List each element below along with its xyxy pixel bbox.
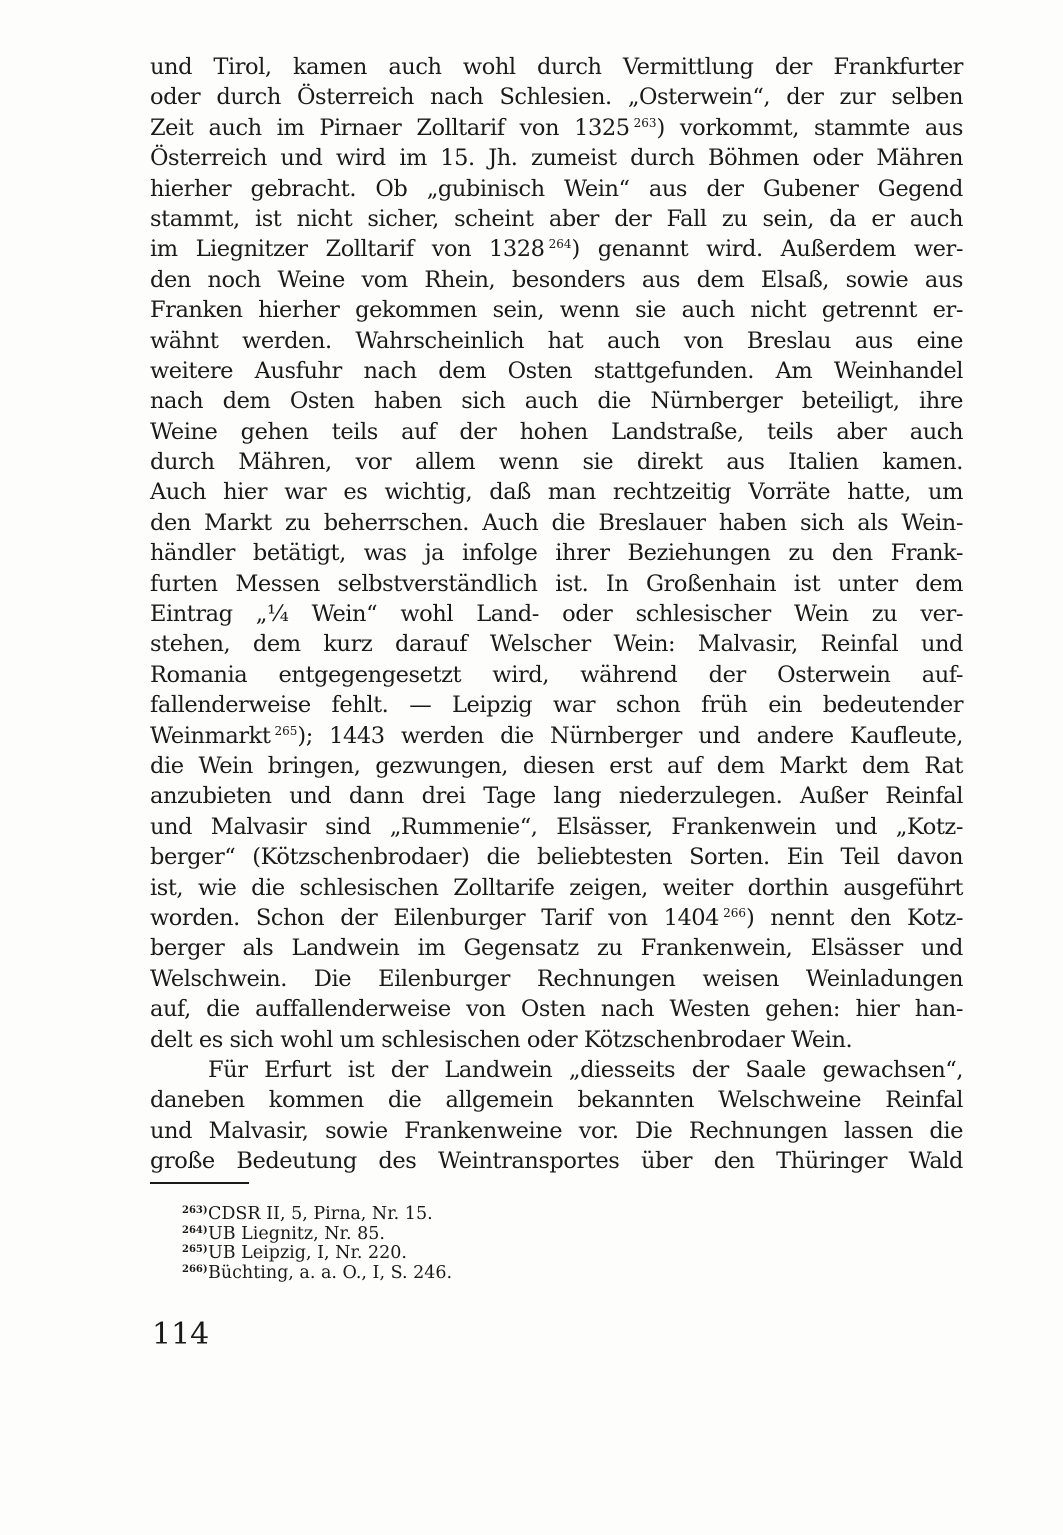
text-segment: Weinmarkt bbox=[150, 723, 270, 749]
text-line: Zeit auch im Pirnaer Zolltarif von 1325 … bbox=[150, 113, 963, 143]
text-line: delt es sich wohl um schlesischen oder K… bbox=[150, 1025, 963, 1055]
text-line: fallenderweise fehlt. — Leipzig war scho… bbox=[150, 690, 963, 720]
text-line: oder durch Österreich nach Schlesien. „O… bbox=[150, 82, 963, 112]
text-line: furten Messen selbstverständlich ist. In… bbox=[150, 569, 963, 599]
text-line: und Malvasir, sowie Frankenweine vor. Di… bbox=[150, 1116, 963, 1146]
footnote-item: 264)UB Liegnitz, Nr. 85. bbox=[208, 1225, 452, 1245]
book-page: und Tirol, kamen auch wohl durch Vermitt… bbox=[0, 0, 1063, 1535]
text-line: Welschwein. Die Eilenburger Rechnungen w… bbox=[150, 964, 963, 994]
footnote-item: 266)Büchting, a. a. O., I, S. 246. bbox=[208, 1264, 452, 1284]
footnote-text: UB Leipzig, I, Nr. 220. bbox=[208, 1243, 407, 1263]
footnote-reference[interactable]: 264 bbox=[549, 237, 572, 251]
text-segment: ) vorkommt, stammte aus bbox=[657, 115, 963, 141]
footnote-text: Büchting, a. a. O., I, S. 246. bbox=[208, 1263, 452, 1283]
text-line: auf, die auffallenderweise von Osten nac… bbox=[150, 994, 963, 1024]
text-line: im Liegnitzer Zolltarif von 1328 264) ge… bbox=[150, 234, 963, 264]
page-number: 114 bbox=[152, 1318, 209, 1352]
text-line: anzubieten und dann drei Tage lang niede… bbox=[150, 781, 963, 811]
text-line: die Wein bringen, gezwungen, diesen erst… bbox=[150, 751, 963, 781]
text-line: den noch Weine vom Rhein, besonders aus … bbox=[150, 265, 963, 295]
text-line: den Markt zu beherrschen. Auch die Bresl… bbox=[150, 508, 963, 538]
text-line: berger“ (Kötzschenbrodaer) die beliebtes… bbox=[150, 842, 963, 872]
text-line: Weine gehen teils auf der hohen Landstra… bbox=[150, 417, 963, 447]
text-segment: worden. Schon der Eilenburger Tarif von … bbox=[150, 905, 719, 931]
text-line: Weinmarkt 265); 1443 werden die Nürnberg… bbox=[150, 721, 963, 751]
text-line: große Bedeutung des Weintransportes über… bbox=[150, 1146, 963, 1176]
text-line: Eintrag „¼ Wein“ wohl Land- oder schlesi… bbox=[150, 599, 963, 629]
text-line: Auch hier war es wichtig, daß man rechtz… bbox=[150, 477, 963, 507]
text-line: daneben kommen die allgemein bekannten W… bbox=[150, 1085, 963, 1115]
text-line: und Malvasir sind „Rummenie“, Elsässer, … bbox=[150, 812, 963, 842]
footnote-text: UB Liegnitz, Nr. 85. bbox=[208, 1224, 385, 1244]
text-line: durch Mähren, vor allem wenn sie direkt … bbox=[150, 447, 963, 477]
text-segment: ); 1443 werden die Nürnberger und andere… bbox=[297, 723, 963, 749]
text-line: wähnt werden. Wahrscheinlich hat auch vo… bbox=[150, 326, 963, 356]
text-segment: im Liegnitzer Zolltarif von 1328 bbox=[150, 236, 545, 262]
text-line: Romania entgegengesetzt wird, während de… bbox=[150, 660, 963, 690]
text-segment: Zeit auch im Pirnaer Zolltarif von 1325 bbox=[150, 115, 630, 141]
footnote-item: 265)UB Leipzig, I, Nr. 220. bbox=[208, 1244, 452, 1264]
text-line: ist, wie die schlesischen Zolltarife zei… bbox=[150, 873, 963, 903]
text-line: Österreich und wird im 15. Jh. zumeist d… bbox=[150, 143, 963, 173]
text-line: worden. Schon der Eilenburger Tarif von … bbox=[150, 903, 963, 933]
footnote-text: CDSR II, 5, Pirna, Nr. 15. bbox=[208, 1204, 433, 1224]
footnote-reference[interactable]: 266 bbox=[723, 906, 746, 920]
text-line: stammt, ist nicht sicher, scheint aber d… bbox=[150, 204, 963, 234]
text-line: und Tirol, kamen auch wohl durch Vermitt… bbox=[150, 52, 963, 82]
text-line: berger als Landwein im Gegensatz zu Fran… bbox=[150, 933, 963, 963]
footnotes-block: 263)CDSR II, 5, Pirna, Nr. 15.264)UB Lie… bbox=[208, 1205, 452, 1283]
footnote-reference[interactable]: 265 bbox=[274, 724, 297, 738]
text-line: hierher gebracht. Ob „gubinisch Wein“ au… bbox=[150, 174, 963, 204]
text-line: Für Erfurt ist der Landwein „diesseits d… bbox=[150, 1055, 963, 1085]
text-line: händler betätigt, was ja infolge ihrer B… bbox=[150, 538, 963, 568]
text-line: nach dem Osten haben sich auch die Nürnb… bbox=[150, 386, 963, 416]
text-line: weitere Ausfuhr nach dem Osten stattgefu… bbox=[150, 356, 963, 386]
text-segment: ) genannt wird. Außerdem wer- bbox=[571, 236, 963, 262]
text-line: Franken hierher gekommen sein, wenn sie … bbox=[150, 295, 963, 325]
footnote-separator-rule bbox=[150, 1182, 249, 1184]
text-line: stehen, dem kurz darauf Welscher Wein: M… bbox=[150, 629, 963, 659]
text-segment: ) nennt den Kotz- bbox=[746, 905, 963, 931]
footnote-reference[interactable]: 263 bbox=[634, 116, 657, 130]
main-text-block: und Tirol, kamen auch wohl durch Vermitt… bbox=[150, 52, 963, 1176]
footnote-item: 263)CDSR II, 5, Pirna, Nr. 15. bbox=[208, 1205, 452, 1225]
